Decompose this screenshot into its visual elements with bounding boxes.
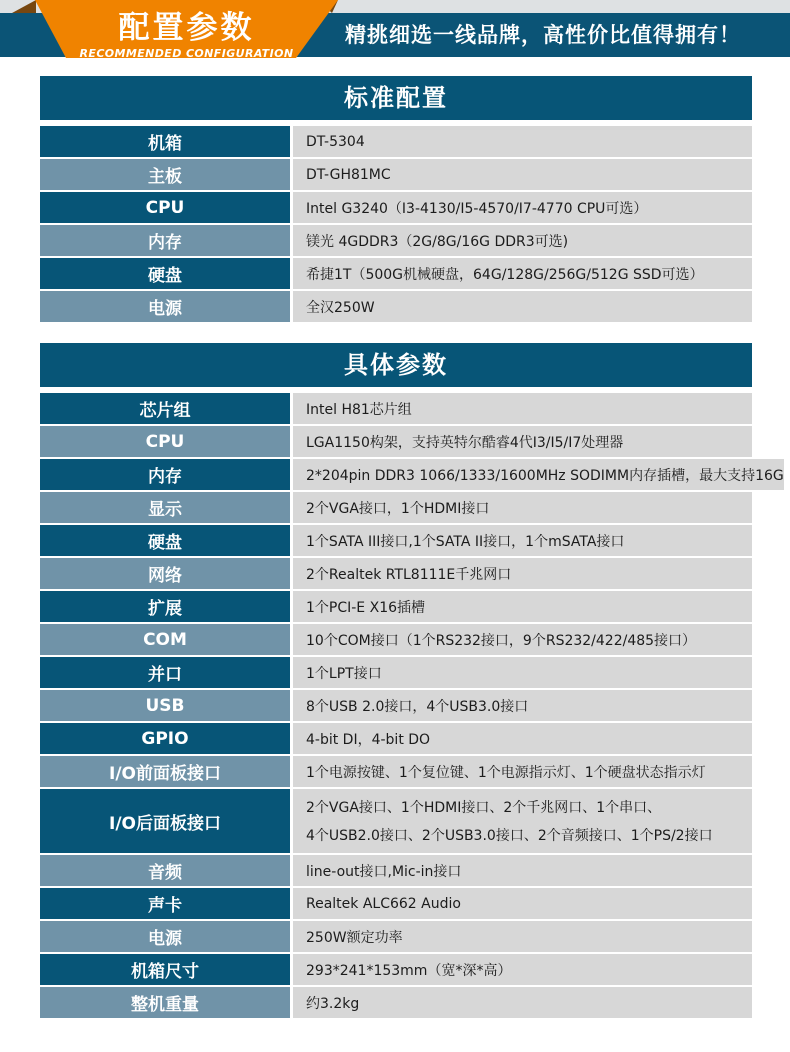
spec-row: 主板DT-GH81MC (40, 159, 752, 190)
spec-value-line: 全汉250W (306, 297, 752, 317)
spec-value-line: 1个LPT接口 (306, 663, 752, 683)
spec-label: 内存 (40, 459, 290, 490)
spec-value: 希捷1T（500G机械硬盘，64G/128G/256G/512G SSD可选） (293, 258, 752, 289)
spec-value: 2*204pin DDR3 1066/1333/1600MHz SODIMM内存… (293, 459, 784, 490)
spec-label: 音频 (40, 855, 290, 886)
spec-label: 机箱 (40, 126, 290, 157)
spec-row: 整机重量约3.2kg (40, 987, 752, 1018)
spec-value: 2个VGA接口，1个HDMI接口 (293, 492, 752, 523)
spec-row: 网络2个Realtek RTL8111E千兆网口 (40, 558, 752, 589)
spec-row: CPULGA1150构架，支持英特尔酷睿4代I3/I5/I7处理器 (40, 426, 752, 457)
spec-value: 2个Realtek RTL8111E千兆网口 (293, 558, 752, 589)
spec-value-line: Intel H81芯片组 (306, 399, 752, 419)
spec-row: 内存2*204pin DDR3 1066/1333/1600MHz SODIMM… (40, 459, 752, 490)
spec-label: 机箱尺寸 (40, 954, 290, 985)
spec-row: 显示2个VGA接口，1个HDMI接口 (40, 492, 752, 523)
spec-value: DT-GH81MC (293, 159, 752, 190)
spec-label: 主板 (40, 159, 290, 190)
spec-row: 硬盘希捷1T（500G机械硬盘，64G/128G/256G/512G SSD可选… (40, 258, 752, 289)
spec-value-line: Intel G3240（I3-4130/I5-4570/I7-4770 CPU可… (306, 198, 752, 218)
spec-row: I/O前面板接口1个电源按键、1个复位键、1个电源指示灯、1个硬盘状态指示灯 (40, 756, 752, 787)
detailed-params-section: 具体参数 芯片组Intel H81芯片组CPULGA1150构架，支持英特尔酷睿… (40, 343, 752, 1020)
spec-value-line: Realtek ALC662 Audio (306, 896, 752, 912)
spec-row: I/O后面板接口2个VGA接口、1个HDMI接口、2个千兆网口、1个串口、4个U… (40, 789, 752, 853)
spec-value: 1个电源按键、1个复位键、1个电源指示灯、1个硬盘状态指示灯 (293, 756, 752, 787)
spec-value-line: DT-GH81MC (306, 167, 752, 183)
spec-label: CPU (40, 426, 290, 457)
spec-value: 10个COM接口（1个RS232接口，9个RS232/422/485接口） (293, 624, 752, 655)
spec-value: 2个VGA接口、1个HDMI接口、2个千兆网口、1个串口、4个USB2.0接口、… (293, 789, 752, 853)
spec-row: 音频line-out接口,Mic-in接口 (40, 855, 752, 886)
spec-value: 8个USB 2.0接口，4个USB3.0接口 (293, 690, 752, 721)
spec-row: COM10个COM接口（1个RS232接口，9个RS232/422/485接口） (40, 624, 752, 655)
spec-value-line: 希捷1T（500G机械硬盘，64G/128G/256G/512G SSD可选） (306, 264, 752, 284)
spec-value: 全汉250W (293, 291, 752, 322)
spec-row: 机箱尺寸293*241*153mm（宽*深*高） (40, 954, 752, 985)
spec-row: 内存镁光 4GDDR3（2G/8G/16G DDR3可选) (40, 225, 752, 256)
spec-label: I/O前面板接口 (40, 756, 290, 787)
spec-value: Intel H81芯片组 (293, 393, 752, 424)
spec-value: 1个SATA III接口,1个SATA II接口，1个mSATA接口 (293, 525, 752, 556)
spec-value: DT-5304 (293, 126, 752, 157)
spec-value-line: 4个USB2.0接口、2个USB3.0接口、2个音频接口、1个PS/2接口 (306, 825, 752, 845)
banner-tagline: 精挑细选一线品牌，高性价比值得拥有！ (345, 13, 741, 57)
spec-value-line: LGA1150构架，支持英特尔酷睿4代I3/I5/I7处理器 (306, 432, 752, 452)
spec-row: GPIO4-bit DI，4-bit DO (40, 723, 752, 754)
spec-label: 显示 (40, 492, 290, 523)
spec-row: 硬盘1个SATA III接口,1个SATA II接口，1个mSATA接口 (40, 525, 752, 556)
section-title: 具体参数 (40, 343, 752, 387)
spec-label: 声卡 (40, 888, 290, 919)
spec-label: COM (40, 624, 290, 655)
spec-value: 4-bit DI，4-bit DO (293, 723, 752, 754)
spec-label: 电源 (40, 291, 290, 322)
spec-value: Intel G3240（I3-4130/I5-4570/I7-4770 CPU可… (293, 192, 752, 223)
spec-value: 约3.2kg (293, 987, 752, 1018)
spec-value-line: 250W额定功率 (306, 927, 752, 947)
spec-value: 镁光 4GDDR3（2G/8G/16G DDR3可选) (293, 225, 752, 256)
spec-label: 硬盘 (40, 525, 290, 556)
standard-config-section: 标准配置 机箱DT-5304主板DT-GH81MCCPUIntel G3240（… (40, 76, 752, 324)
spec-value-line: 293*241*153mm（宽*深*高） (306, 960, 752, 980)
spec-value-line: DT-5304 (306, 134, 752, 150)
spec-label: 芯片组 (40, 393, 290, 424)
spec-row: 扩展1个PCI-E X16插槽 (40, 591, 752, 622)
spec-value-line: 1个PCI-E X16插槽 (306, 597, 752, 617)
section-title: 标准配置 (40, 76, 752, 120)
standard-config-table: 机箱DT-5304主板DT-GH81MCCPUIntel G3240（I3-41… (40, 126, 752, 322)
spec-value-line: 1个电源按键、1个复位键、1个电源指示灯、1个硬盘状态指示灯 (306, 762, 752, 782)
spec-row: 声卡Realtek ALC662 Audio (40, 888, 752, 919)
spec-value-line: 1个SATA III接口,1个SATA II接口，1个mSATA接口 (306, 531, 752, 551)
spec-value-line: line-out接口,Mic-in接口 (306, 861, 752, 881)
ribbon-subtitle: RECOMMENDED CONFIGURATION (28, 47, 345, 60)
spec-value: Realtek ALC662 Audio (293, 888, 752, 919)
spec-label: CPU (40, 192, 290, 223)
spec-value: 293*241*153mm（宽*深*高） (293, 954, 752, 985)
spec-label: 内存 (40, 225, 290, 256)
spec-row: 电源250W额定功率 (40, 921, 752, 952)
spec-value-line: 镁光 4GDDR3（2G/8G/16G DDR3可选) (306, 231, 752, 251)
spec-label: 网络 (40, 558, 290, 589)
spec-value-line: 2个VGA接口，1个HDMI接口 (306, 498, 752, 518)
spec-row: 芯片组Intel H81芯片组 (40, 393, 752, 424)
spec-label: 扩展 (40, 591, 290, 622)
spec-value-line: 约3.2kg (306, 993, 752, 1013)
spec-value: line-out接口,Mic-in接口 (293, 855, 752, 886)
spec-value-line: 2*204pin DDR3 1066/1333/1600MHz SODIMM内存… (306, 465, 784, 485)
spec-label: USB (40, 690, 290, 721)
detailed-params-table: 芯片组Intel H81芯片组CPULGA1150构架，支持英特尔酷睿4代I3/… (40, 393, 752, 1018)
spec-row: USB8个USB 2.0接口，4个USB3.0接口 (40, 690, 752, 721)
spec-label: 整机重量 (40, 987, 290, 1018)
ribbon-title: 配置参数 (28, 2, 345, 47)
spec-value-line: 4-bit DI，4-bit DO (306, 729, 752, 749)
spec-value-line: 8个USB 2.0接口，4个USB3.0接口 (306, 696, 752, 716)
spec-label: I/O后面板接口 (40, 789, 290, 853)
spec-label: GPIO (40, 723, 290, 754)
spec-value: LGA1150构架，支持英特尔酷睿4代I3/I5/I7处理器 (293, 426, 752, 457)
spec-value: 1个PCI-E X16插槽 (293, 591, 752, 622)
spec-value-line: 10个COM接口（1个RS232接口，9个RS232/422/485接口） (306, 630, 752, 650)
spec-row: 电源全汉250W (40, 291, 752, 322)
spec-value: 250W额定功率 (293, 921, 752, 952)
spec-value: 1个LPT接口 (293, 657, 752, 688)
spec-value-line: 2个Realtek RTL8111E千兆网口 (306, 564, 752, 584)
spec-label: 硬盘 (40, 258, 290, 289)
spec-label: 并口 (40, 657, 290, 688)
spec-value-line: 2个VGA接口、1个HDMI接口、2个千兆网口、1个串口、 (306, 797, 752, 817)
spec-row: 机箱DT-5304 (40, 126, 752, 157)
spec-label: 电源 (40, 921, 290, 952)
spec-row: CPUIntel G3240（I3-4130/I5-4570/I7-4770 C… (40, 192, 752, 223)
spec-row: 并口1个LPT接口 (40, 657, 752, 688)
